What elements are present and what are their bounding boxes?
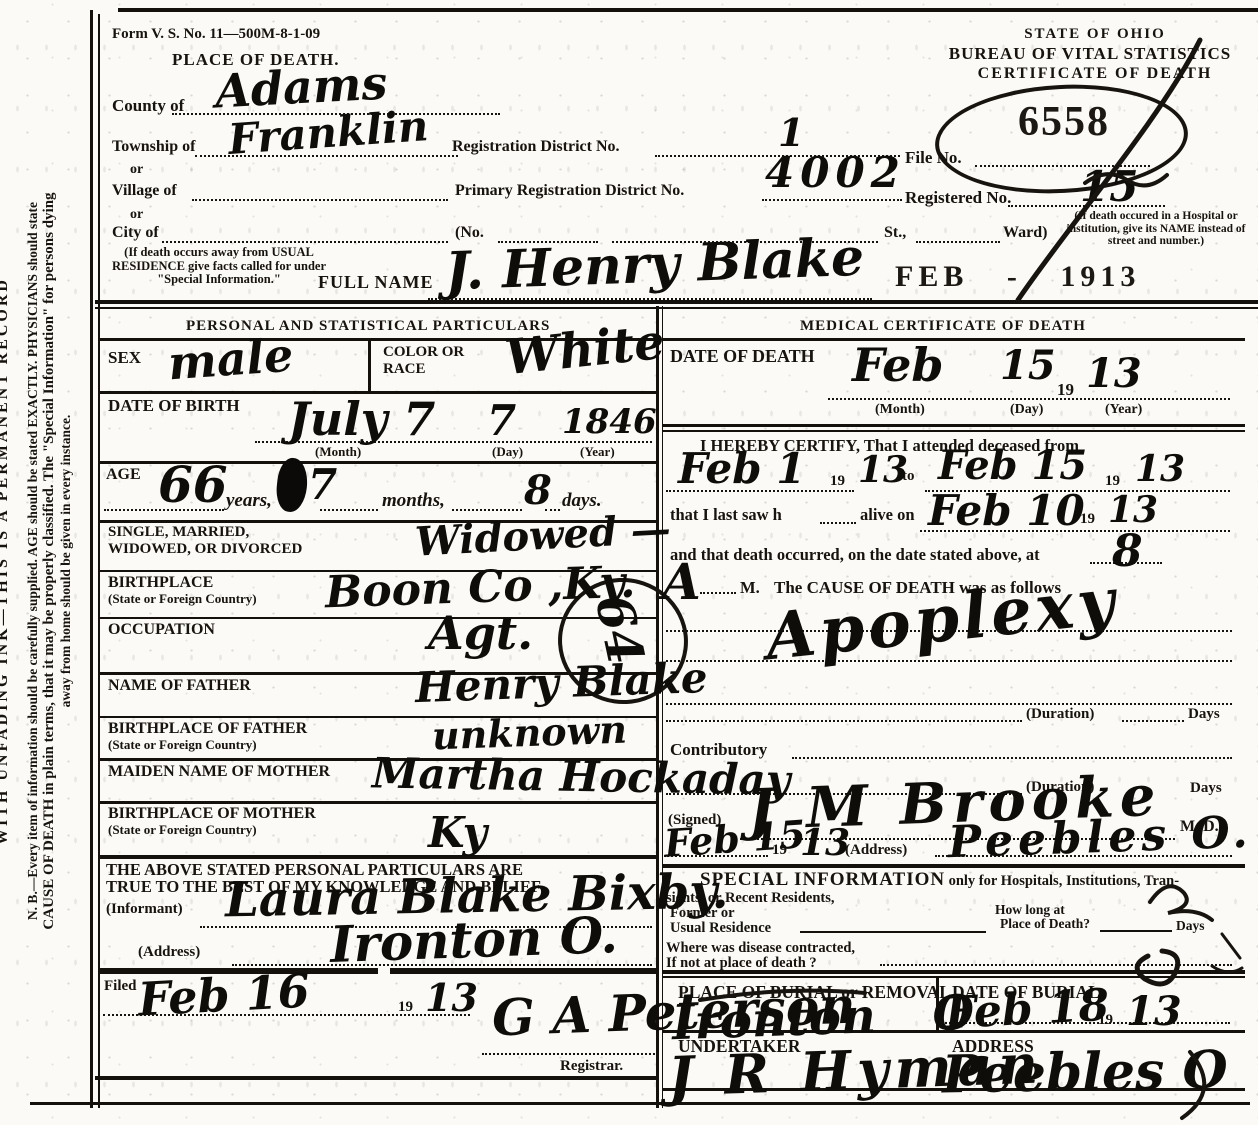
rule [662,424,1245,427]
certificate-title: CERTIFICATE OF DEATH [945,65,1245,83]
margin-note-line3: away from home should be given in every … [58,1,74,1121]
alive-on-label: alive on [860,505,915,525]
attended-to-year-value: 13 [1135,448,1185,490]
bureau-title: BUREAU OF VITAL STATISTICS [925,44,1255,64]
birthplace-label: BIRTHPLACE [108,574,213,592]
margin-note-line2: CAUSE OF DEATH in plain terms, that it m… [41,1,58,1121]
former-residence-label2: Usual Residence [670,920,771,937]
physician-address-label: (Address) [845,842,907,859]
rule [100,801,656,804]
marital-label-line2: WIDOWED, OR DIVORCED [108,541,302,558]
father-name-value: Henry Blake [414,653,708,712]
death-hour-value: 8 [1112,526,1143,577]
last-saw-small-line [820,522,856,524]
margin-nb-note: N. B.—Every item of information should b… [25,1,85,1121]
township-label: Township of [112,138,195,156]
age-years-caption: years, [226,490,272,512]
mother-name-value: Martha Hockaday [372,748,791,804]
burial-date-value: Feb 18 [944,980,1111,1040]
rule [95,1076,656,1080]
attended-to-year-printed: 19 [1105,473,1120,490]
dob-month-value: July 7 [288,392,435,446]
mother-birthplace-caption: (State or Foreign Country) [108,822,257,838]
top-border [118,8,1258,12]
ward-line [916,241,1000,243]
sex-label: SEX [108,348,141,368]
filed-date-value: Feb 16 [137,964,311,1027]
disease-contracted-line [880,964,1232,966]
dob-year-caption: (Year) [580,444,615,460]
birthplace-caption: (State or Foreign Country) [108,591,257,607]
death-certificate-scan: WITH UNFADING INK—THIS IS A PERMANENT RE… [0,0,1258,1125]
registration-district-label: Registration District No. [452,138,620,156]
burial-year-value: 13 [1126,988,1182,1035]
left-border-inner [98,14,100,1108]
margin-note-line1: N. B.—Every item of information should b… [25,1,41,1121]
medical-section-title: MEDICAL CERTIFICATE OF DEATH [800,318,1086,335]
city-label: City of [112,224,159,242]
full-name-value: J. Henry Blake [444,227,865,303]
ward-label: Ward) [1003,224,1047,242]
days-caption-2: Days [1190,780,1222,797]
marital-status-label: SINGLE, MARRIED, WIDOWED, OR DIVORCED [108,524,302,557]
age-line [452,509,522,511]
color-race-label-line2: RACE [383,361,464,378]
left-border-outer [90,10,93,1108]
street-label: St., [884,224,906,242]
ink-blot [274,457,309,514]
city-line [162,241,448,243]
am-written-value: A [662,552,701,611]
former-residence-line [800,931,986,933]
how-long-label2: Place of Death? [1000,916,1090,932]
age-label: AGE [106,466,141,484]
received-date-stamp: FEB - 1913 [895,260,1140,294]
date-of-birth-label: DATE OF BIRTH [108,396,240,416]
duration-caption-1: (Duration) [1026,706,1094,723]
special-info-title: SPECIAL INFORMATION [700,869,945,890]
margin-edge-note: WITH UNFADING INK—THIS IS A PERMANENT RE… [0,1,14,1121]
mother-name-label: MAIDEN NAME OF MOTHER [108,763,330,781]
or-2: or [130,207,143,223]
primary-registration-value: 4002 [765,148,906,197]
primary-registration-line [762,199,902,201]
marital-label-line1: SINGLE, MARRIED, [108,524,302,541]
village-label: Village of [112,182,177,200]
age-line [320,509,378,511]
death-year-value: 13 [1086,350,1142,397]
physician-address-value: Peebles O. [947,807,1253,869]
last-saw-date-value: Feb 10 [928,486,1085,535]
full-name-label: FULL NAME [318,272,434,293]
registered-no-label: Registered No. [905,188,1011,208]
date-of-death-label: DATE OF DEATH [670,346,815,367]
occupation-label: OCCUPATION [108,621,215,639]
m-label: M. [740,578,760,598]
death-month-value: Feb [852,338,944,392]
registrar-caption: Registrar. [560,1058,623,1075]
occupation-value: Agt. [428,606,533,660]
age-months-value: 7 [308,460,337,509]
rule [662,970,1245,974]
dob-day-caption: (Day) [492,444,523,460]
how-long-line [1100,930,1172,932]
informant-address-label: (Address) [138,944,200,961]
rule [100,855,656,859]
attended-from-year-value: 13 [858,449,908,491]
header-rule-a [95,300,1258,304]
last-saw-text: that I last saw h [670,505,782,525]
attended-from-value: Feb 1 [678,444,805,493]
age-years-value: 66 [158,455,228,514]
dob-month-caption: (Month) [315,444,361,460]
death-year-caption: (Year) [1105,402,1142,418]
mother-birthplace-label: BIRTHPLACE OF MOTHER [108,805,316,823]
special-info-subtitle: only for Hospitals, Institutions, Tran- [949,873,1179,889]
cause-line3 [666,703,1232,705]
how-long-days-caption: Days [1176,918,1205,934]
contributory-line [792,757,1232,759]
registered-no-value: 15 [1080,162,1138,211]
sex-value: male [166,328,295,391]
duration-line1 [666,720,1022,722]
duration-line1b [1122,720,1184,722]
death-month-caption: (Month) [875,402,925,418]
death-year-printed: 19 [1057,380,1074,400]
form-number: Form V. S. No. 11—500M-8-1-09 [112,26,320,43]
usual-residence-note: (If death occurs away from USUAL RESIDEN… [110,246,328,287]
attended-to-value: Feb 15 [938,442,1087,489]
father-birthplace-label: BIRTHPLACE OF FATHER [108,720,307,738]
color-race-label: COLOR OR RACE [383,344,464,378]
file-no-circle [932,78,1190,199]
undertaker-address-value: Peebles O [941,1040,1228,1106]
informant-address-value: Ironton O. [329,905,619,974]
am-line [700,592,736,594]
rule [662,976,1245,978]
dob-year-value: 1846 [562,402,657,442]
state-title: STATE OF OHIO [945,26,1245,43]
death-occurred-text: and that death occurred, on the date sta… [670,545,1040,565]
dob-day-value: 7 [487,396,516,445]
primary-registration-label: Primary Registration District No. [455,182,684,200]
hospital-note: (If death occured in a Hospital or insti… [1058,210,1254,248]
last-saw-year-value: 13 [1108,489,1158,531]
death-day-value: 15 [1000,342,1056,389]
filed-year-value: 13 [425,975,478,1020]
filed-label: Filed [104,978,137,995]
color-race-label-line1: COLOR OR [383,344,464,361]
village-line [192,199,448,201]
days-caption-1: Days [1188,706,1220,723]
sex-color-divider [368,341,371,391]
mother-birthplace-value: Ky [428,808,487,857]
special-info-title-row: SPECIAL INFORMATION only for Hospitals, … [700,869,1179,891]
age-days-value: 8 [524,467,552,514]
rule [662,338,1245,341]
rule [662,430,1245,432]
death-date-line [828,398,1230,400]
father-birthplace-caption: (State or Foreign Country) [108,737,257,753]
age-months-caption: months, [382,490,445,512]
header-rule-b [95,307,1258,309]
registrar-line [482,1053,655,1055]
informant-label: (Informant) [106,901,183,918]
death-day-caption: (Day) [1010,402,1043,418]
or-1: or [130,162,143,178]
signed-year-value: 13 [800,822,850,864]
attended-from-year-printed: 19 [830,473,845,490]
cause-line2 [666,660,1232,662]
father-name-label: NAME OF FATHER [108,677,251,695]
